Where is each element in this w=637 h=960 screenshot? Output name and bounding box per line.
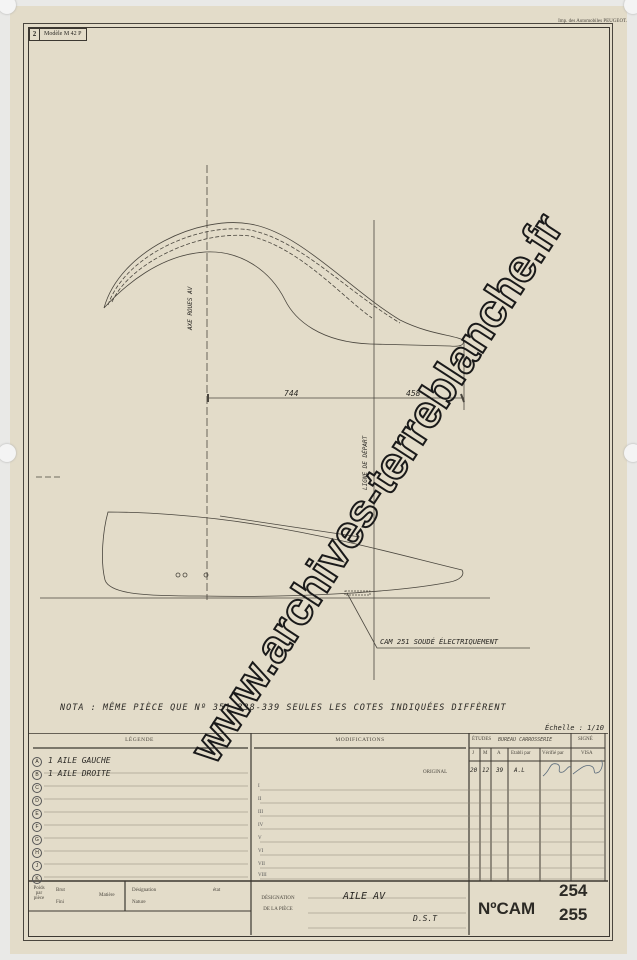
wheel-axis-label: AXE ROUES AV: [187, 287, 194, 330]
legend-letter-d: D: [32, 796, 42, 806]
col-j: J: [472, 751, 474, 756]
dimension-left: 744: [284, 389, 298, 398]
legend-letter-e: E: [32, 809, 42, 819]
date-m: 12: [482, 767, 489, 774]
nota-note: NOTA : MÊME PIÈCE QUE Nº 351 338-339 SEU…: [60, 703, 507, 713]
designation-label: DÉSIGNATION DE LA PIÈCE: [258, 893, 298, 915]
etudes-department: BUREAU CARROSSERIE: [498, 737, 552, 743]
legend-letter-j: J: [32, 861, 42, 871]
etudes-header: ÉTUDES: [472, 737, 491, 742]
weight-fini: Fini: [56, 900, 64, 905]
col-verifie: Vérifié par: [542, 751, 564, 756]
cam-number-prefix: NºCAM: [478, 899, 535, 919]
legend-item-b: 1 AILE DROITE: [48, 769, 111, 778]
legend-letter-c: C: [32, 783, 42, 793]
title-block: LÉGENDE MODIFICATIONS ÉTUDES BUREAU CARR…: [28, 733, 608, 935]
matiere-label: Matière: [99, 893, 115, 898]
callout-label: CAM 251 SOUDÉ ÉLECTRIQUEMENT: [380, 638, 498, 646]
mod-row-3: III: [258, 810, 263, 815]
legend-letter-h: H: [32, 848, 42, 858]
weight-label: Poids par pièce: [32, 886, 46, 901]
cam-number-top: 254: [559, 883, 587, 898]
col-m: M: [483, 751, 487, 756]
designation-sub: D.S.T: [413, 914, 437, 923]
designation-value: AILE AV: [343, 891, 385, 902]
col-a: A: [497, 751, 501, 756]
matiere-designation: Désignation: [132, 888, 156, 893]
weight-brut: Brut: [56, 888, 65, 893]
matiere-etat: état: [213, 888, 220, 893]
cam-number-bottom: 255: [559, 907, 587, 922]
col-etabli: Etabli par: [511, 751, 531, 756]
mod-row-1: I: [258, 784, 260, 789]
original-label: ORIGINAL: [423, 770, 447, 775]
legend-letter-g: G: [32, 835, 42, 845]
legend-letter-b: B: [32, 770, 42, 780]
scale-label: Échelle : 1/10: [545, 724, 604, 732]
date-j: 20: [470, 767, 477, 774]
modifications-header: MODIFICATIONS: [251, 737, 469, 743]
legend-letter-a: A: [32, 757, 42, 767]
signe-header: SIGNÉ: [578, 737, 593, 742]
matiere-nature: Nature: [132, 900, 146, 905]
mod-row-4: IV: [258, 823, 263, 828]
mod-row-2: II: [258, 797, 261, 802]
mod-row-5: V: [258, 836, 262, 841]
etabli-par: A.L: [514, 767, 525, 774]
date-a: 39: [496, 767, 503, 774]
col-visa: VISA: [581, 751, 593, 756]
mod-row-6: VI: [258, 849, 263, 854]
mod-row-7: VII: [258, 862, 265, 867]
signature-icon: [541, 758, 605, 780]
mod-row-8: VIII: [258, 873, 267, 878]
legend-item-a: 1 AILE GAUCHE: [48, 756, 111, 765]
legend-letter-k: K: [32, 874, 42, 884]
legend-letter-f: F: [32, 822, 42, 832]
